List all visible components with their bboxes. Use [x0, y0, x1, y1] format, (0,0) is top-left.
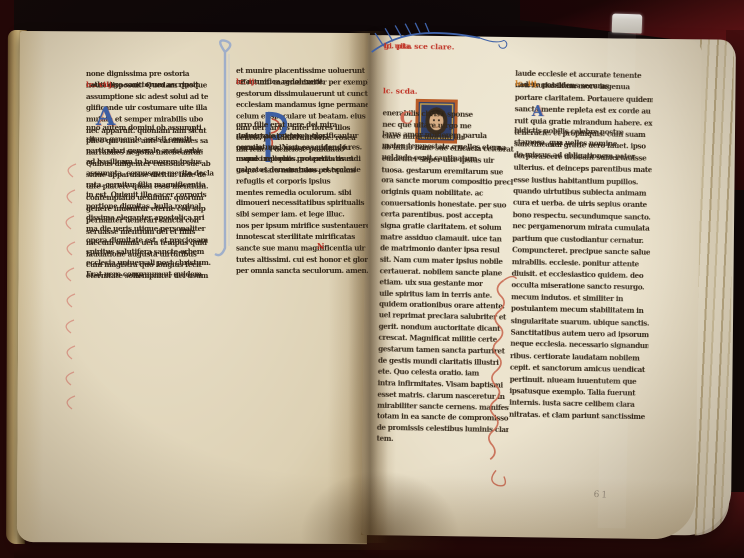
lesson-rubric: lc. pia.	[384, 41, 413, 52]
bookmark-tab	[612, 13, 643, 33]
lesson-rubric: lc. ij.	[236, 77, 257, 88]
left-column-2: et munire placentissime uoluerunt effect…	[236, 44, 368, 346]
initial-paragraph: orro filie erat uere dei mira dei uirtuo…	[236, 88, 249, 143]
margin-penwork-curls-icon	[58, 160, 86, 412]
left-page-edge-tint	[17, 31, 46, 542]
manuscript-photo: none dignissima pre ostoria nouit dispos…	[0, 0, 744, 558]
lesson-rubric: lc. iij.	[515, 79, 539, 90]
red-littera-notabilior: N	[317, 241, 324, 251]
right-page-content: gi uita sce clare. lc. pia.	[361, 34, 702, 540]
body-text: uniuersale preterea glorificantur correl…	[236, 131, 368, 277]
initial-paragraph: A bidictis nobilis celebre nostre stamos…	[514, 90, 532, 136]
initial-paragraph: C larus amor mulierem parula mater. temp…	[382, 97, 400, 141]
initial-paragraph: A nno autem domini ob assumpti ritum gen…	[86, 91, 99, 135]
flourished-initial-A: A	[532, 102, 547, 123]
flourished-initial-C: C	[399, 108, 412, 129]
body-text: nno autem domini ob assumpti ritum gener…	[86, 123, 214, 280]
lesson-rubric-centered: lc. scda.	[383, 86, 418, 98]
blue-flourish-stem-icon	[212, 36, 236, 268]
body-text: larus amor mulierem parula mater. tempes…	[382, 130, 507, 166]
lesson-rubric: lc. viij.	[86, 80, 114, 91]
